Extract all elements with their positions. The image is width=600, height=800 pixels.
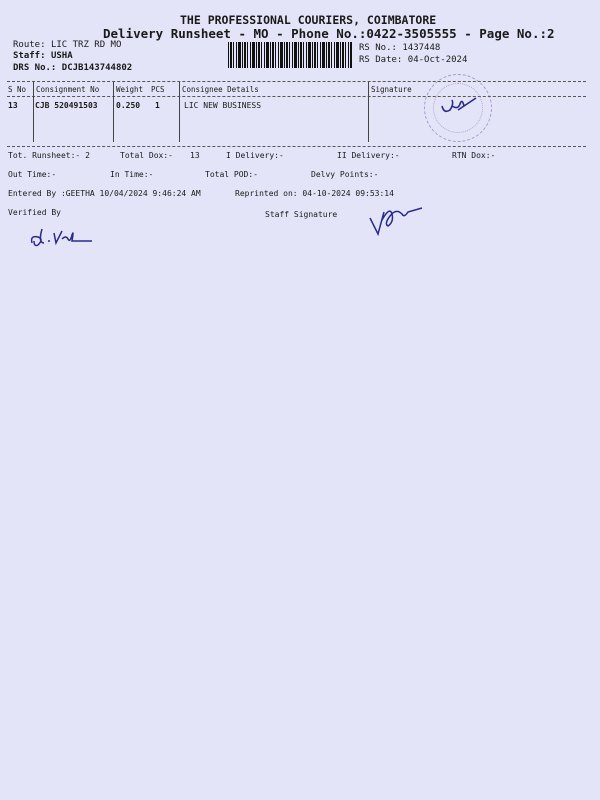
verifier-signature bbox=[28, 225, 98, 251]
drs-label: DRS No.: bbox=[13, 63, 56, 73]
barcode bbox=[228, 42, 352, 68]
rs-date-value: 04-Oct-2024 bbox=[408, 55, 468, 65]
col-pcs: PCS bbox=[151, 85, 165, 94]
runsheet-subtitle: Delivery Runsheet - MO - Phone No.:0422-… bbox=[103, 26, 555, 41]
rs-date-line: RS Date: 04-Oct-2024 bbox=[359, 55, 467, 65]
rs-no-label: RS No.: bbox=[359, 43, 397, 53]
col-s-no: S No bbox=[8, 85, 26, 94]
column-divider bbox=[179, 82, 180, 142]
column-divider bbox=[113, 82, 114, 142]
ii-delivery: II Delivery:- bbox=[337, 151, 400, 160]
col-consignee-details: Consignee Details bbox=[182, 85, 259, 94]
verified-by-label: Verified By bbox=[8, 208, 61, 217]
rtn-dox: RTN Dox:- bbox=[452, 151, 495, 160]
col-consignment-no: Consignment No bbox=[36, 85, 99, 94]
route-line: Route: LIC TRZ RD MO bbox=[13, 40, 121, 50]
tot-runsheet: Tot. Runsheet:- 2 bbox=[8, 151, 90, 160]
route-label: Route: bbox=[13, 40, 46, 50]
rs-no-value: 1437448 bbox=[402, 43, 440, 53]
total-dox-label: Total Dox:- bbox=[120, 151, 173, 160]
drs-value: DCJB143744802 bbox=[62, 63, 132, 73]
table-bottom-divider bbox=[7, 146, 586, 147]
entered-by: Entered By :GEETHA 10/04/2024 9:46:24 AM bbox=[8, 189, 201, 198]
in-time: In Time:- bbox=[110, 170, 153, 179]
staff-signature bbox=[368, 198, 428, 238]
cell-consignment-no: CJB 520491503 bbox=[35, 101, 98, 110]
rs-no-line: RS No.: 1437448 bbox=[359, 43, 440, 53]
col-weight: Weight bbox=[116, 85, 143, 94]
table-header-divider bbox=[7, 96, 586, 97]
reprinted-on: Reprinted on: 04-10-2024 09:53:14 bbox=[235, 189, 394, 198]
cell-consignee: LIC NEW BUSINESS bbox=[184, 101, 261, 110]
total-pod: Total POD:- bbox=[205, 170, 258, 179]
drs-line: DRS No.: DCJB143744802 bbox=[13, 63, 132, 73]
table-top-divider bbox=[7, 81, 586, 82]
col-signature: Signature bbox=[371, 85, 412, 94]
cell-s-no: 13 bbox=[8, 101, 18, 110]
company-title: THE PROFESSIONAL COURIERS, COIMBATORE bbox=[180, 13, 436, 27]
staff-label: Staff: bbox=[13, 51, 46, 61]
i-delivery: I Delivery:- bbox=[226, 151, 284, 160]
column-divider bbox=[33, 82, 34, 142]
staff-signature-label: Staff Signature bbox=[265, 210, 337, 219]
staff-value: USHA bbox=[51, 51, 73, 61]
cell-pcs: 1 bbox=[155, 101, 160, 110]
route-value: LIC TRZ RD MO bbox=[51, 40, 121, 50]
out-time: Out Time:- bbox=[8, 170, 56, 179]
total-dox-value: 13 bbox=[190, 151, 200, 160]
receiver-signature bbox=[440, 96, 480, 118]
delvy-points: Delvy Points:- bbox=[311, 170, 378, 179]
staff-line: Staff: USHA bbox=[13, 51, 73, 61]
cell-weight: 0.250 bbox=[116, 101, 140, 110]
column-divider bbox=[368, 82, 369, 142]
rs-date-label: RS Date: bbox=[359, 55, 402, 65]
